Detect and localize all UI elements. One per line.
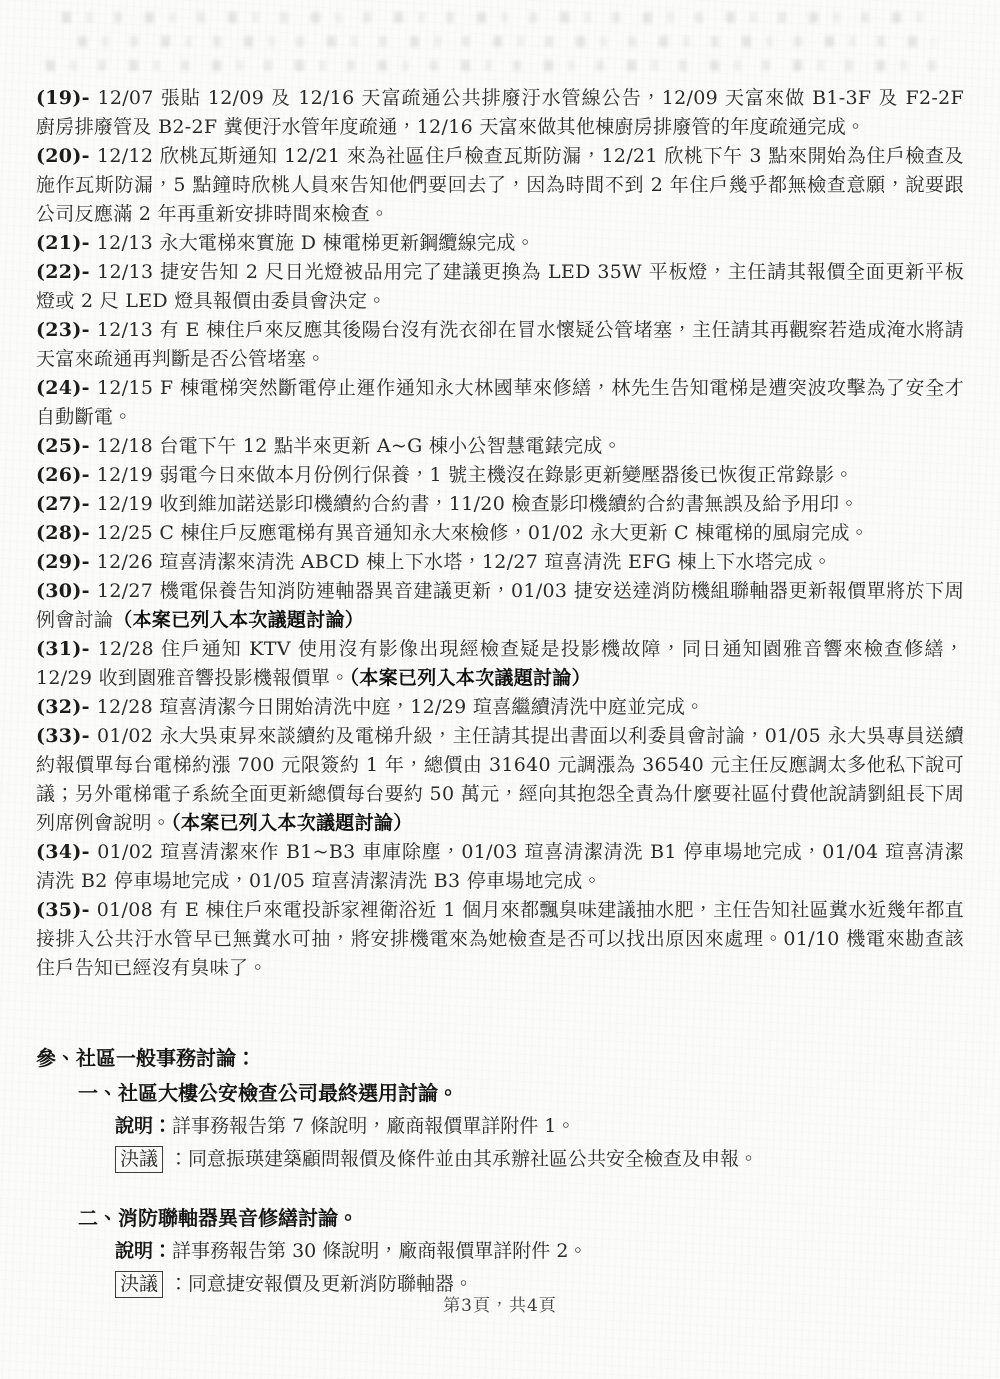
item-number: (34)- [36, 841, 97, 863]
item-text: 12/18 台電下午 12 點半來更新 A~G 棟小公智慧電錶完成。 [97, 435, 622, 457]
item-text: 12/13 永大電梯來實施 D 棟電梯更新鋼纜線完成。 [97, 232, 535, 254]
report-item: (22)- 12/13 捷安告知 2 尺日光燈被品用完了建議更換為 LED 35… [36, 258, 964, 316]
report-item: (34)- 01/02 瑄喜清潔來作 B1~B3 車庫除塵，01/03 瑄喜清潔… [36, 838, 964, 896]
resolution-text: 同意振瑛建築顧問報價及條件並由其承辦社區公共安全檢查及申報。 [188, 1148, 758, 1170]
report-item: (27)- 12/19 收到維加諾送影印機續約合約書，11/20 檢查影印機續約… [36, 490, 964, 519]
item-number: (19)- [36, 87, 97, 109]
item-number: (28)- [36, 522, 97, 544]
item-number: (29)- [36, 551, 97, 573]
item-number: (32)- [36, 696, 97, 718]
explanation-text: 詳事務報告第 7 條說明，廠商報價單詳附件 1。 [172, 1115, 575, 1137]
report-item: (31)- 12/28 住戶通知 KTV 使用沒有影像出現經檢查疑是投影機故障，… [36, 635, 964, 693]
item-text: 01/02 瑄喜清潔來作 B1~B3 車庫除塵，01/03 瑄喜清潔清洗 B1 … [36, 841, 964, 892]
document-content: (19)- 12/07 張貼 12/09 及 12/16 天富疏通公共排廢汙水管… [0, 0, 1000, 1301]
item-text: 12/13 有 E 棟住戶來反應其後陽台沒有洗衣卻在冒水懷疑公管堵塞，主任請其再… [36, 319, 964, 370]
explanation-label: 說明 [115, 1115, 153, 1137]
item-text: 12/15 F 棟電梯突然斷電停止運作通知永大林國華來修繕，林先生告知電梯是遭突… [36, 377, 964, 428]
item-number: (21)- [36, 232, 97, 254]
item-number: (23)- [36, 319, 97, 341]
report-item: (26)- 12/19 弱電今日來做本月份例行保養，1 號主機沒在錄影更新變壓器… [36, 461, 964, 490]
topic-explanation: 說明：詳事務報告第 30 條說明，廠商報價單詳附件 2。 [115, 1235, 964, 1268]
explanation-colon: ： [153, 1240, 172, 1262]
item-text: 12/25 C 棟住戶反應電梯有異音通知永大來檢修，01/02 永大更新 C 棟… [97, 522, 869, 544]
item-number: (24)- [36, 377, 97, 399]
explanation-colon: ： [153, 1115, 172, 1137]
item-text: 12/13 捷安告知 2 尺日光燈被品用完了建議更換為 LED 35W 平板燈，… [36, 261, 964, 312]
report-item: (21)- 12/13 永大電梯來實施 D 棟電梯更新鋼纜線完成。 [36, 229, 964, 258]
report-item: (30)- 12/27 機電保養告知消防連軸器異音建議更新，01/03 捷安送達… [36, 577, 964, 635]
item-number: (35)- [36, 899, 97, 921]
item-text: 12/12 欣桃瓦斯通知 12/21 來為社區住戶檢查瓦斯防漏，12/21 欣桃… [36, 145, 964, 225]
item-text-emphasis: （本案已列入本次議題討論） [171, 812, 412, 834]
report-item: (20)- 12/12 欣桃瓦斯通知 12/21 來為社區住戶檢查瓦斯防漏，12… [36, 142, 964, 229]
report-item: (32)- 12/28 瑄喜清潔今日開始清洗中庭，12/29 瑄喜繼續清洗中庭並… [36, 693, 964, 722]
item-number: (25)- [36, 435, 97, 457]
resolution-colon: ： [169, 1148, 188, 1170]
item-text: 12/26 瑄喜清潔來清洗 ABCD 棟上下水塔，12/27 瑄喜清洗 EFG … [97, 551, 832, 573]
report-item: (29)- 12/26 瑄喜清潔來清洗 ABCD 棟上下水塔，12/27 瑄喜清… [36, 548, 964, 577]
item-number: (20)- [36, 145, 97, 167]
item-text: 12/07 張貼 12/09 及 12/16 天富疏通公共排廢汙水管線公告，12… [36, 87, 964, 138]
report-item: (33)- 01/02 永大吳東昇來談續約及電梯升級，主任請其提出書面以利委員會… [36, 722, 964, 838]
item-text-emphasis: （本案已列入本次議題討論） [113, 609, 364, 631]
report-item: (24)- 12/15 F 棟電梯突然斷電停止運作通知永大林國華來修繕，林先生告… [36, 374, 964, 432]
item-text-emphasis: （本案已列入本次議題討論） [350, 667, 591, 689]
report-item: (35)- 01/08 有 E 棟住戶來電投訴家裡衛浴近 1 個月來都飄臭味建議… [36, 896, 964, 983]
item-number: (26)- [36, 464, 97, 486]
explanation-label: 說明 [115, 1240, 153, 1262]
item-number: (22)- [36, 261, 97, 283]
report-item: (23)- 12/13 有 E 棟住戶來反應其後陽台沒有洗衣卻在冒水懷疑公管堵塞… [36, 316, 964, 374]
report-item: (19)- 12/07 張貼 12/09 及 12/16 天富疏通公共排廢汙水管… [36, 84, 964, 142]
item-text: 12/19 弱電今日來做本月份例行保養，1 號主機沒在錄影更新變壓器後已恢復正常… [97, 464, 854, 486]
report-item: (28)- 12/25 C 棟住戶反應電梯有異音通知永大來檢修，01/02 永大… [36, 519, 964, 548]
section-heading: 參、社區一般事務討論： [36, 1041, 964, 1075]
item-text: 12/28 瑄喜清潔今日開始清洗中庭，12/29 瑄喜繼續清洗中庭並完成。 [97, 696, 705, 718]
report-item: (25)- 12/18 台電下午 12 點半來更新 A~G 棟小公智慧電錶完成。 [36, 432, 964, 461]
item-text: 12/19 收到維加諾送影印機續約合約書，11/20 檢查影印機續約合約書無誤及… [97, 493, 859, 515]
general-affairs-discussion-section: 參、社區一般事務討論： 一、社區大樓公安檢查公司最終選用討論。 說明：詳事務報告… [36, 1041, 964, 1301]
item-text: 01/08 有 E 棟住戶來電投訴家裡衛浴近 1 個月來都飄臭味建議抽水肥，主任… [36, 899, 964, 979]
topic-resolution: 決議：同意振瑛建築顧問報價及條件並由其承辦社區公共安全檢查及申報。 [115, 1143, 964, 1176]
discussion-topic-2: 二、消防聯軸器異音修繕討論。 說明：詳事務報告第 30 條說明，廠商報價單詳附件… [36, 1202, 964, 1301]
item-number: (30)- [36, 580, 97, 602]
scanned-document-page: (19)- 12/07 張貼 12/09 及 12/16 天富疏通公共排廢汙水管… [0, 0, 1000, 1379]
topic-title: 一、社區大樓公安檢查公司最終選用討論。 [78, 1077, 964, 1110]
report-list: (19)- 12/07 張貼 12/09 及 12/16 天富疏通公共排廢汙水管… [36, 84, 964, 983]
discussion-topic-1: 一、社區大樓公安檢查公司最終選用討論。 說明：詳事務報告第 7 條說明，廠商報價… [36, 1077, 964, 1176]
topic-explanation: 說明：詳事務報告第 7 條說明，廠商報價單詳附件 1。 [115, 1110, 964, 1143]
explanation-text: 詳事務報告第 30 條說明，廠商報價單詳附件 2。 [172, 1240, 587, 1262]
topic-title: 二、消防聯軸器異音修繕討論。 [78, 1202, 964, 1235]
item-number: (33)- [36, 725, 97, 747]
item-number: (27)- [36, 493, 97, 515]
item-number: (31)- [36, 638, 98, 660]
page-number-footer: 第3頁，共4頁 [0, 1291, 1000, 1316]
resolution-label-box: 決議 [115, 1146, 163, 1173]
